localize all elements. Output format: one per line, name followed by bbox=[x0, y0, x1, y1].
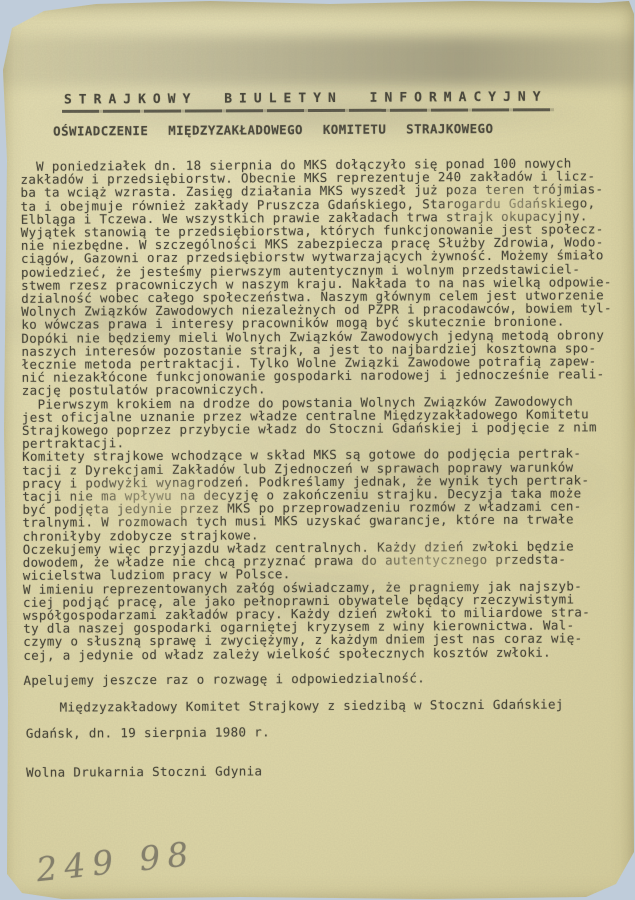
imprint-line: Wolna Drukarnia Stoczni Gdynia bbox=[26, 762, 621, 779]
dateline: Gdańsk, dn. 19 sierpnia 1980 r. bbox=[26, 723, 621, 740]
document-title: STRAJKOWY BIULETYN INFORMACYJNY bbox=[64, 90, 617, 107]
paragraph-2: Pierwszym krokiem na drodze do powstania… bbox=[22, 394, 619, 450]
paragraph-4: Oczekujemy więc przyjazdu władz centraln… bbox=[23, 539, 620, 582]
paragraph-1: W poniedziałek dn. 18 sierpnia do MKS do… bbox=[20, 156, 618, 397]
handwritten-number: 249 98 bbox=[34, 834, 197, 889]
typewritten-document: STRAJKOWY BIULETYN INFORMACYJNY OŚWIADCZ… bbox=[20, 90, 621, 779]
paper-sheet: STRAJKOWY BIULETYN INFORMACYJNY OŚWIADCZ… bbox=[0, 0, 635, 900]
smudge-top-band bbox=[0, 36, 635, 86]
signature-line: Międzyzakładowy Komitet Strajkowy z sied… bbox=[60, 697, 621, 714]
appeal-line: Apelujemy jeszcze raz o rozwagę i odpowi… bbox=[23, 670, 620, 687]
title-underline bbox=[62, 108, 554, 113]
scanned-page: STRAJKOWY BIULETYN INFORMACYJNY OŚWIADCZ… bbox=[0, 0, 635, 900]
document-subtitle: OŚWIADCZENIE MIĘDZYZAKŁADOWEGO KOMITETU … bbox=[53, 121, 617, 137]
paragraph-5: W imieniu reprezentowanych załóg oświadc… bbox=[23, 579, 620, 662]
paragraph-3: Komitety strajkowe wchodzące w skład MKS… bbox=[22, 447, 620, 543]
body-text: W poniedziałek dn. 18 sierpnia do MKS do… bbox=[20, 156, 620, 661]
scan-surface: { "scan": { "paper_color": "#ded7a8", "b… bbox=[0, 0, 635, 900]
